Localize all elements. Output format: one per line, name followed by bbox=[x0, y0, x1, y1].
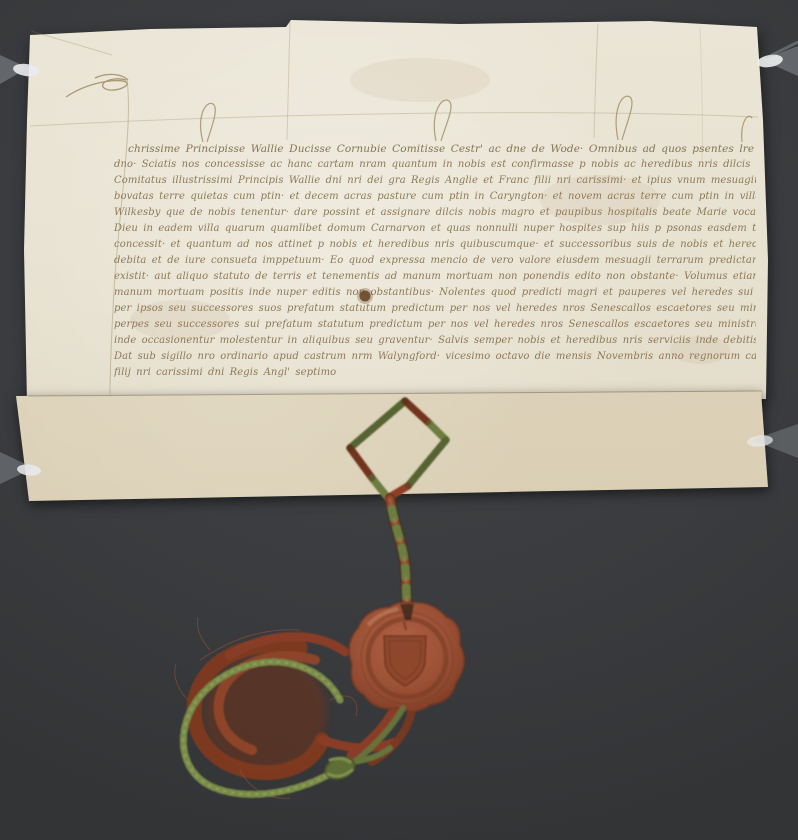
plica-fold bbox=[0, 0, 798, 840]
plica-fold-wrap bbox=[0, 0, 798, 840]
photo-stage: chrissime Principisse Wallie Ducisse Cor… bbox=[0, 0, 798, 840]
